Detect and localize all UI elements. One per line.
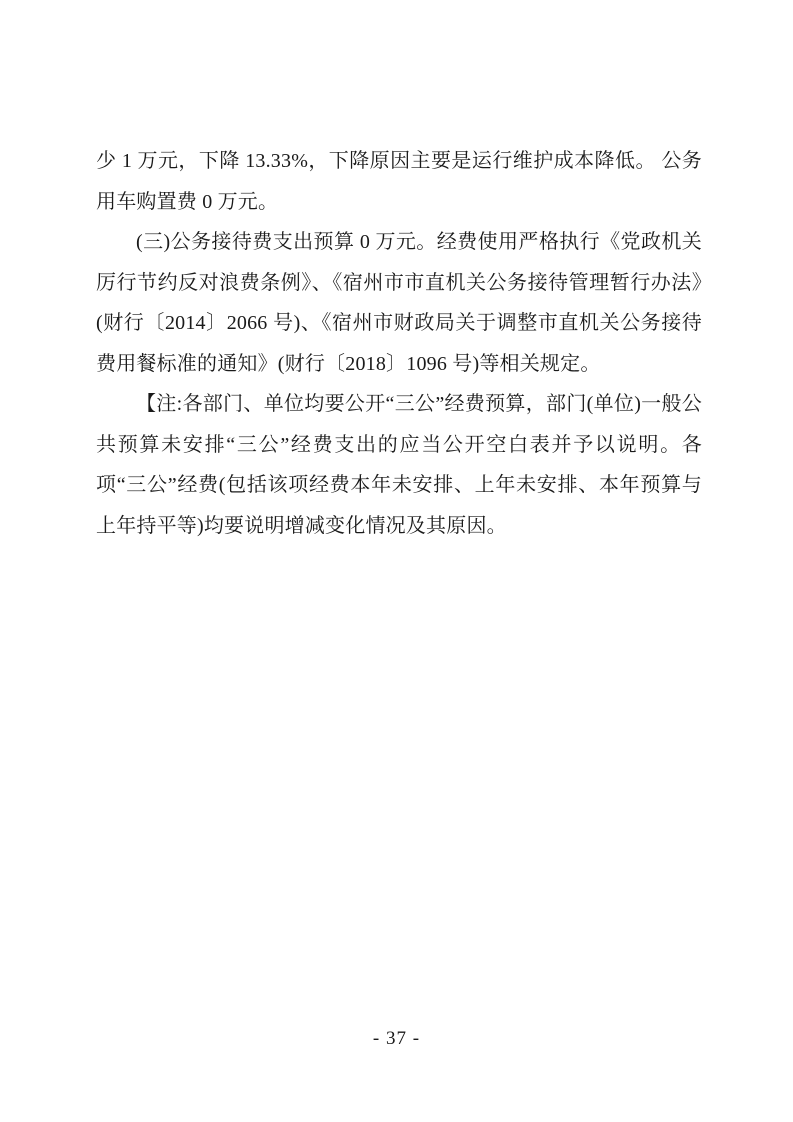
document-page: 少 1 万元，下降 13.33%，下降原因主要是运行维护成本降低。 公务用车购置… xyxy=(0,0,793,1122)
page-number: - 37 - xyxy=(0,1028,793,1050)
paragraph-note-three-public-expenses: 【注:各部门、单位均要公开“三公”经费预算，部门(单位)一般公共预算未安排“三公… xyxy=(96,384,702,546)
paragraph-official-reception-budget: (三)公务接待费支出预算 0 万元。经费使用严格执行《党政机关厉行节约反对浪费条… xyxy=(96,222,702,384)
paragraph-vehicle-purchase: 少 1 万元，下降 13.33%，下降原因主要是运行维护成本降低。 公务用车购置… xyxy=(96,141,702,222)
document-body: 少 1 万元，下降 13.33%，下降原因主要是运行维护成本降低。 公务用车购置… xyxy=(96,141,702,546)
